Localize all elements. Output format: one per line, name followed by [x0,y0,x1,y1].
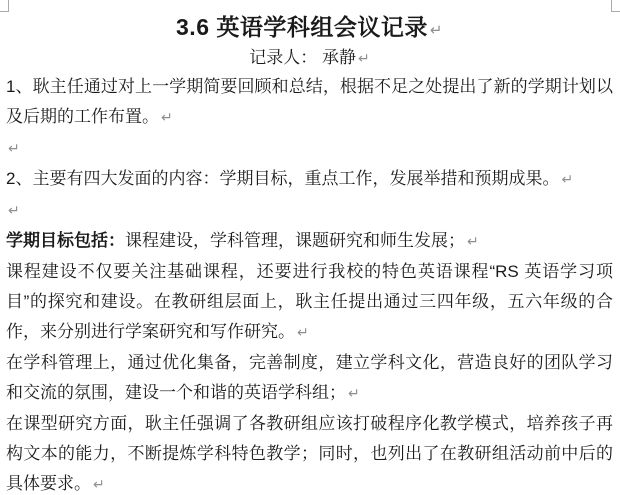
document-page: 3.6 英语学科组会议记录↵ 记录人： 承静↵ 1、耿主任通过对上一学期简要回顾… [0,0,620,495]
document-body: 3.6 英语学科组会议记录↵ 记录人： 承静↵ 1、耿主任通过对上一学期简要回顾… [6,12,613,495]
paragraph-mark-icon: ↵ [428,21,443,39]
document-title-text: 3.6 英语学科组会议记录 [176,14,428,40]
document-title: 3.6 英语学科组会议记录↵ [6,12,613,45]
empty-paragraph: ↵ [6,195,613,226]
paragraph-bold-lead: 学期目标包括： [6,231,125,250]
margin-crop-mark-top-right [611,0,620,12]
paragraph-mark-icon: ↵ [91,477,105,493]
paragraph: 在学科管理上，通过优化集备，完善制度，建立学科文化，营造良好的团队学习和交流的氛… [6,348,613,409]
paragraph-mark-icon: ↵ [6,141,20,157]
paragraph-text: 课程建设，学科管理，课题研究和师生发展； [125,231,465,250]
paragraph: 2、主要有四大发面的内容：学期目标，重点工作，发展举措和预期成果。↵ [6,164,613,195]
paragraph-mark-icon: ↵ [465,234,479,250]
recorder-text: 记录人： 承静 [249,48,356,67]
empty-paragraph: ↵ [6,133,613,164]
paragraph-mark-icon: ↵ [159,110,173,126]
paragraph-text: 2、主要有四大发面的内容：学期目标，重点工作，发展举措和预期成果。 [6,169,559,188]
margin-crop-mark-top-left [0,0,9,12]
paragraph: 1、耿主任通过对上一学期简要回顾和总结，根据不足之处提出了新的学期计划以及后期的… [6,72,613,133]
paragraph: 课程建设不仅要关注基础课程，还要进行我校的特色英语课程“RS 英语学习项目”的探… [6,257,613,348]
paragraph-mark-icon: ↵ [6,203,20,219]
paragraph-mark-icon: ↵ [346,386,360,402]
paragraph-mark-icon: ↵ [356,51,370,67]
paragraph-mark-icon: ↵ [295,325,309,341]
paragraph-text: 课程建设不仅要关注基础课程，还要进行我校的特色英语课程“RS 英语学习项目”的探… [6,262,613,341]
paragraph-mark-icon: ↵ [559,172,573,188]
paragraph-text: 在学科管理上，通过优化集备，完善制度，建立学科文化，营造良好的团队学习和交流的氛… [6,353,613,402]
recorder-line: 记录人： 承静↵ [6,45,613,72]
paragraph-text: 1、耿主任通过对上一学期简要回顾和总结，根据不足之处提出了新的学期计划以及后期的… [6,77,613,126]
paragraph-list: 1、耿主任通过对上一学期简要回顾和总结，根据不足之处提出了新的学期计划以及后期的… [6,72,613,495]
paragraph: 学期目标包括：课程建设，学科管理，课题研究和师生发展；↵ [6,226,613,257]
paragraph: 在课型研究方面，耿主任强调了各教研组应该打破程序化教学模式，培养孩子再构文本的能… [6,409,613,495]
